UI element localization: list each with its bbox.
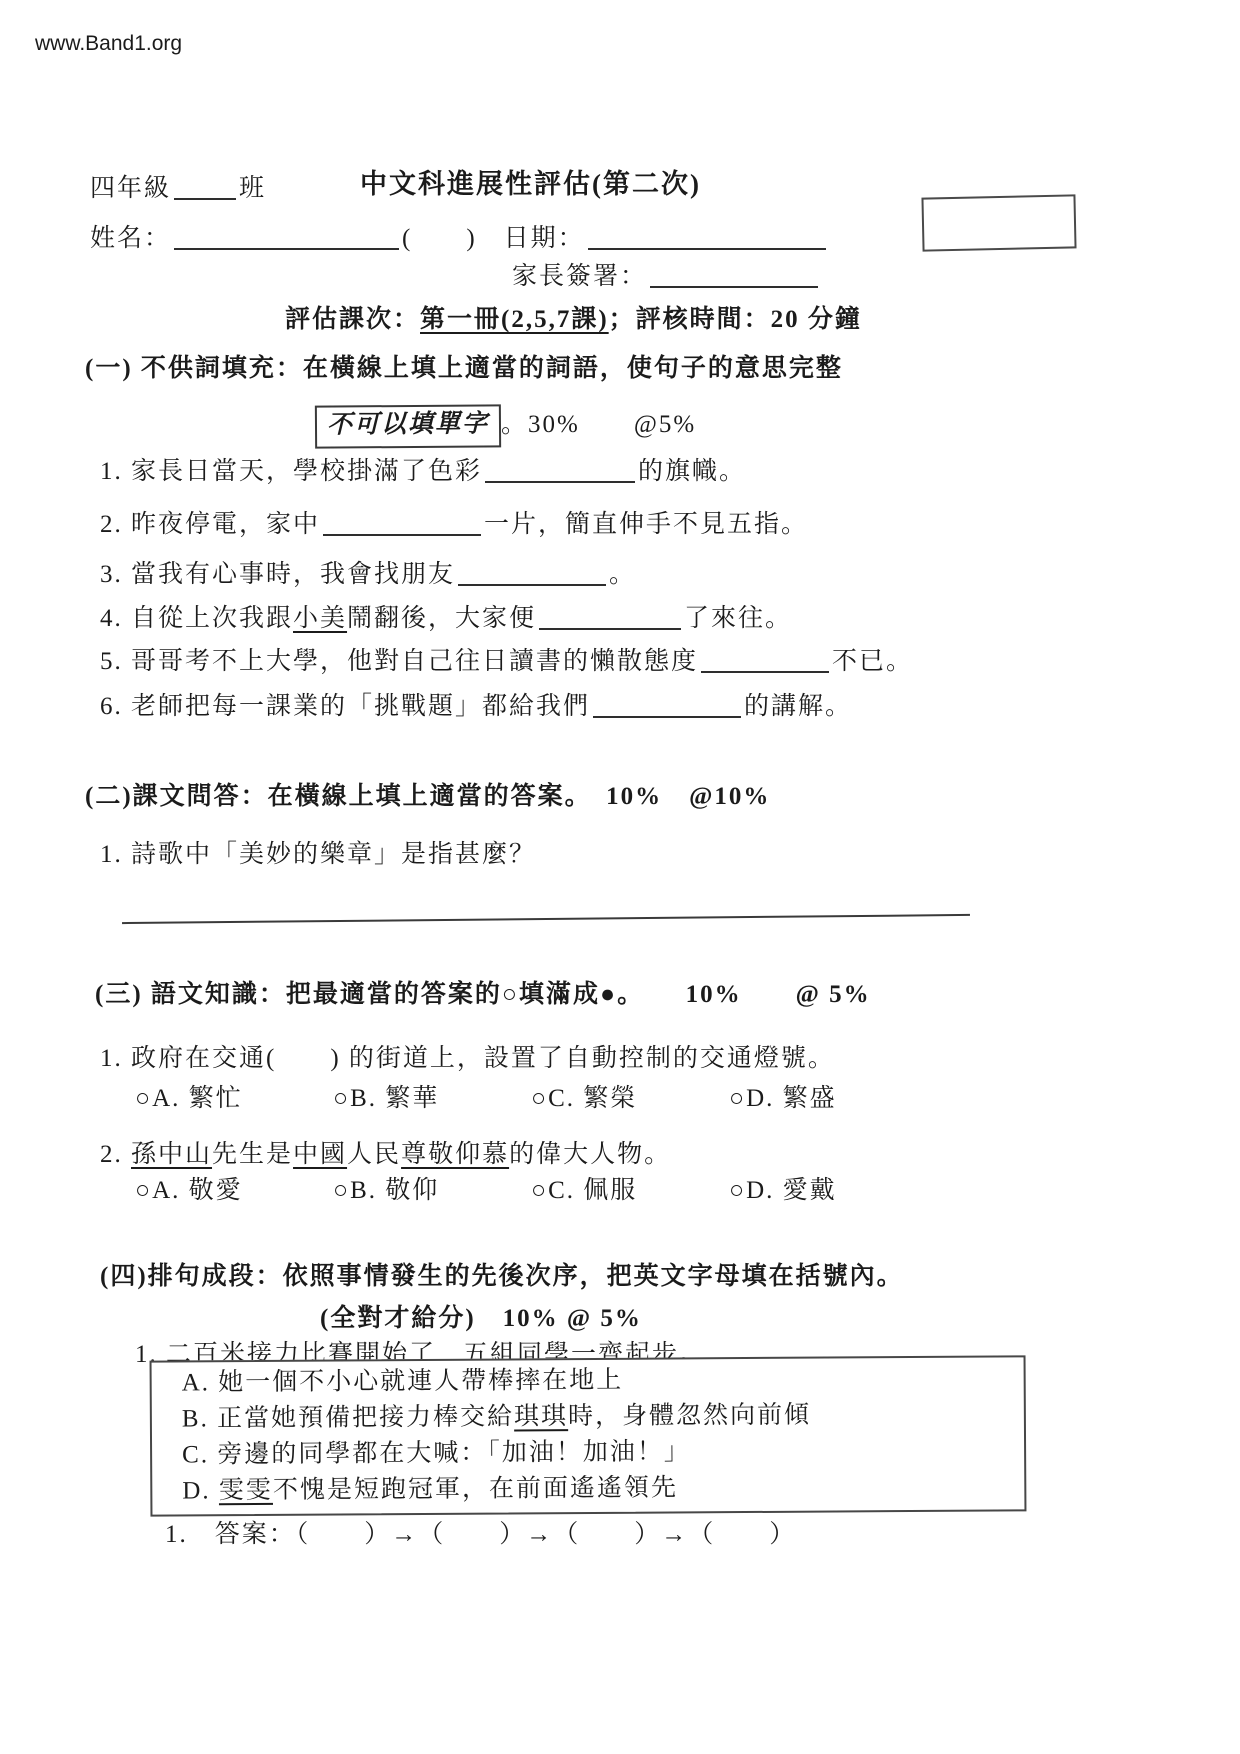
option-a: ○A. 繁忙 xyxy=(135,1082,333,1116)
text-segment: 時，身體忽然向前傾 xyxy=(568,1402,811,1430)
s3-question-2: 2. 孫中山先生是中國人民尊敬仰慕的偉大人物。 xyxy=(100,1138,671,1172)
answer-blank xyxy=(174,227,399,250)
underlined-text: 中國 xyxy=(293,1141,347,1168)
option-b: ○B. 繁華 xyxy=(333,1082,531,1116)
underlined-text: 第一冊(2,5,7課) xyxy=(420,306,609,333)
s2-question-1: 1. 詩歌中「美妙的樂章」是指甚麼？ xyxy=(100,838,536,872)
s1-question-1: 1. 家長日當天，學校掛滿了色彩的旗幟。 xyxy=(100,455,746,489)
text-segment: 人民 xyxy=(347,1141,401,1168)
text-segment: 班 xyxy=(239,175,266,202)
underlined-text: 小美 xyxy=(293,605,347,632)
section4-heading: (四)排句成段：依照事情發生的先後次序，把英文字母填在括號內。 xyxy=(100,1260,904,1294)
option-b: ○B. 敬仰 xyxy=(333,1174,531,1208)
text-segment: 姓名： xyxy=(90,225,171,252)
option-c: ○C. 繁榮 xyxy=(531,1082,729,1116)
text-segment: ( ) xyxy=(402,225,477,252)
text-segment: D. xyxy=(182,1477,219,1504)
section3-heading: (三) 語文知識：把最適當的答案的○填滿成●。 10% @ 5% xyxy=(95,978,871,1012)
sentence-order-box: A. 她一個不小心就連人帶棒摔在地上 B. 正當她預備把接力棒交給琪琪時，身體忽… xyxy=(150,1355,1027,1516)
text-segment: C. 旁邊的同學都在大喊：「加油！加油！」 xyxy=(182,1438,691,1468)
text-segment: A. 她一個不小心就連人帶棒摔在地上 xyxy=(182,1367,624,1397)
text-segment: B. 正當她預備把接力棒交給 xyxy=(182,1403,514,1432)
sentence-item-d: D. 雯雯不愧是短跑冠軍，在前面遙遙領先 xyxy=(152,1471,1024,1506)
text-segment: 的講解。 xyxy=(744,693,852,720)
text-segment: 2. xyxy=(100,1141,131,1168)
s1-question-2: 2. 昨夜停電，家中一片，簡直伸手不見五指。 xyxy=(100,508,808,542)
s1-question-5: 5. 哥哥考不上大學，他對自己往日讀書的懶散態度不已。 xyxy=(100,645,913,679)
section1-note-line: 不可以填單字。30% @5% xyxy=(315,405,696,448)
option-a: ○A. 敬愛 xyxy=(135,1174,333,1208)
answer-blank xyxy=(701,650,829,673)
parent-signature-line: 家長簽署： xyxy=(512,260,821,294)
answer-blank xyxy=(485,460,635,483)
section1-heading: (一) 不供詞填充：在橫線上填上適當的詞語，使句子的意思完整 xyxy=(85,352,843,386)
answer-blank xyxy=(458,563,606,586)
answer-blank xyxy=(539,607,681,630)
text-segment: 不愧是短跑冠軍，在前面遙遙領先 xyxy=(273,1474,678,1503)
text-segment: 先生是 xyxy=(212,1141,293,1168)
text-segment: 2. 昨夜停電，家中 xyxy=(100,511,320,538)
s3-q1-options: ○A. 繁忙○B. 繁華○C. 繁榮○D. 繁盛 xyxy=(135,1082,837,1116)
underlined-text: 尊敬仰慕 xyxy=(401,1141,509,1168)
text-segment: 1. 家長日當天，學校掛滿了色彩 xyxy=(100,458,482,485)
underlined-text: 琪琪 xyxy=(514,1403,568,1430)
text-segment: 評估課次： xyxy=(285,306,420,333)
section1-marks: 。30% @5% xyxy=(501,411,696,438)
assessment-info-line: 評估課次：第一冊(2,5,7課)；評核時間：20 分鐘 xyxy=(285,303,862,337)
answer-blank xyxy=(174,177,236,200)
s1-question-3: 3. 當我有心事時，我會找朋友。 xyxy=(100,558,636,592)
text-segment: 不已。 xyxy=(832,648,913,675)
text-segment: 家長簽署： xyxy=(512,263,647,290)
s4-answer-sequence-line: 1. 答案：（ ）→（ ）→（ ）→（ ） xyxy=(165,1518,796,1552)
text-segment: 的偉大人物。 xyxy=(509,1141,671,1168)
text-segment: ；評核時間：20 分鐘 xyxy=(609,306,862,333)
section2-heading: (二)課文問答：在橫線上填上適當的答案。 10% @10% xyxy=(85,780,770,814)
exam-title: 中文科進展性評估(第二次) xyxy=(360,166,701,202)
text-segment: 四年級 xyxy=(90,175,171,202)
text-segment: 3. 當我有心事時，我會找朋友 xyxy=(100,561,455,588)
answer-blank xyxy=(323,513,481,536)
text-segment: 5. 哥哥考不上大學，他對自己往日讀書的懶散態度 xyxy=(100,648,698,675)
s2-answer-line xyxy=(122,914,970,924)
sentence-item-a: A. 她一個不小心就連人帶棒摔在地上 xyxy=(152,1363,1024,1398)
exam-paper-page: www.Band1.org 四年級班 中文科進展性評估(第二次) 姓名：( ) … xyxy=(0,0,1240,1754)
s3-q2-options: ○A. 敬愛○B. 敬仰○C. 佩服○D. 愛戴 xyxy=(135,1174,837,1208)
underlined-text: 孫中山 xyxy=(131,1141,212,1168)
option-d: ○D. 繁盛 xyxy=(729,1082,837,1116)
sentence-item-b: B. 正當她預備把接力棒交給琪琪時，身體忽然向前傾 xyxy=(152,1399,1024,1434)
s3-question-1: 1. 政府在交通( ) 的街道上，設置了自動控制的交通燈號。 xyxy=(100,1042,835,1076)
score-box xyxy=(921,194,1076,251)
option-d: ○D. 愛戴 xyxy=(729,1174,837,1208)
watermark-url: www.Band1.org xyxy=(35,30,182,58)
section4-subheading: (全對才給分) 10% @ 5% xyxy=(320,1302,642,1336)
sentence-item-c: C. 旁邊的同學都在大喊：「加油！加油！」 xyxy=(152,1435,1024,1470)
text-segment: 鬧翻後，大家便 xyxy=(347,605,536,632)
name-date-line: 姓名：( ) 日期： xyxy=(90,222,829,256)
text-segment: 一片，簡直伸手不見五指。 xyxy=(484,511,808,538)
grade-class-line: 四年級班 xyxy=(90,172,266,206)
text-segment: 4. 自從上次我跟 xyxy=(100,605,293,632)
answer-blank xyxy=(588,227,826,250)
text-segment: 日期： xyxy=(477,225,585,252)
s1-question-4: 4. 自從上次我跟小美鬧翻後，大家便了來往。 xyxy=(100,602,792,636)
text-segment: 的旗幟。 xyxy=(638,458,746,485)
text-segment: 6. 老師把每一課業的「挑戰題」都給我們 xyxy=(100,693,590,720)
answer-blank xyxy=(593,695,741,718)
no-single-char-note: 不可以填單字 xyxy=(315,404,501,448)
answer-blank xyxy=(650,265,818,288)
underlined-text: 雯雯 xyxy=(219,1477,273,1504)
s1-question-6: 6. 老師把每一課業的「挑戰題」都給我們的講解。 xyxy=(100,690,852,724)
text-segment: 了來往。 xyxy=(684,605,792,632)
text-segment: 。 xyxy=(609,561,636,588)
option-c: ○C. 佩服 xyxy=(531,1174,729,1208)
